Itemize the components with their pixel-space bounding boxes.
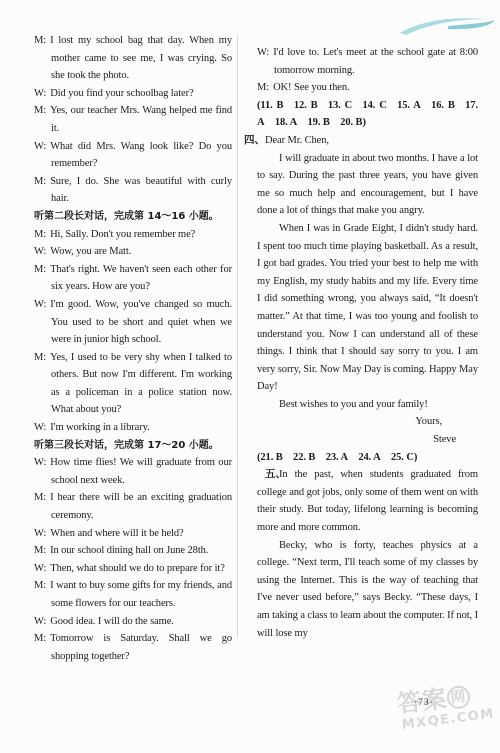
letter-paragraph: I will graduate in about two months. I h… [257, 150, 478, 220]
dialogue-line: M:Tomorrow is Saturday. Shall we go shop… [34, 630, 232, 665]
dialogue-text: Yes, I used to be very shy when I talked… [50, 352, 232, 416]
dialogue-text: Sure, I do. She was beautiful with curly… [50, 176, 232, 205]
speaker-label: W: [257, 47, 269, 58]
dialogue-line: W:When and where will it be held? [34, 525, 232, 543]
letter-paragraph: When I was in Grade Eight, I didn't stud… [257, 220, 478, 396]
dialogue-text: I lost my school bag that day. When my m… [50, 35, 232, 81]
speaker-label: M: [34, 352, 46, 363]
dialogue-line: W:Good idea. I will do the same. [34, 613, 232, 631]
answer-key-21-25: (21. B 22. B 23. A 24. A 25. C) [257, 449, 478, 467]
speaker-label: W: [34, 299, 46, 310]
dialogue-line: M:Sure, I do. She was beautiful with cur… [34, 173, 232, 208]
speaker-label: M: [34, 229, 46, 240]
dialogue-line: M:In our school dining hall on June 28th… [34, 542, 232, 560]
right-column: W:I'd love to. Let's meet at the school … [257, 44, 478, 642]
dialogue-line: W:I'm working in a library. [34, 419, 232, 437]
speaker-label: M: [34, 105, 46, 116]
speaker-label: W: [34, 457, 46, 468]
dialogue-line: W:What did Mrs. Wang look like? Do you r… [34, 138, 232, 173]
dialogue-text: I want to buy some gifts for my friends,… [50, 580, 232, 609]
dialogue-line: W:How time flies! We will graduate from … [34, 454, 232, 489]
speaker-label: M: [34, 176, 46, 187]
dialogue-line: W:Then, what should we do to prepare for… [34, 560, 232, 578]
speaker-label: M: [34, 35, 46, 46]
listening-section-header: 听第二段长对话，完成第 14～16 小题。 [34, 208, 232, 226]
letter-closing: Best wishes to you and your family! [257, 396, 478, 414]
dialogue-line: M:I want to buy some gifts for my friend… [34, 577, 232, 612]
dialogue-text: What did Mrs. Wang look like? Do you rem… [50, 141, 232, 170]
dialogue-line: M:OK! See you then. [257, 79, 478, 97]
dialogue-text: That's right. We haven't seen each other… [50, 264, 232, 293]
letter-signoff: Yours, [257, 413, 478, 431]
speaker-label: M: [257, 82, 269, 93]
dialogue-line: W:I'm good. Wow, you've changed so much.… [34, 296, 232, 349]
speaker-label: M: [34, 264, 46, 275]
dialogue-line: W:Wow, you are Matt. [34, 243, 232, 261]
speaker-label: W: [34, 141, 46, 152]
dialogue-text: Then, what should we do to prepare for i… [50, 563, 225, 574]
answer-key-11-20: (11. B 12. B 13. C 14. C 15. A 16. B 17.… [257, 97, 478, 132]
left-column: M:I lost my school bag that day. When my… [34, 32, 232, 665]
book-page: M:I lost my school bag that day. When my… [0, 0, 500, 753]
swoosh-decoration-icon [398, 12, 498, 38]
paragraph-text: In the past, when students graduated fro… [257, 469, 478, 533]
letter-salutation: 四、Dear Mr. Chen, [244, 132, 478, 150]
listening-section-header: 听第三段长对话，完成第 17～20 小题。 [34, 437, 232, 455]
salutation-text: Dear Mr. Chen, [265, 135, 329, 146]
dialogue-text: Yes, our teacher Mrs. Wang helped me fin… [50, 105, 232, 134]
dialogue-line: M:That's right. We haven't seen each oth… [34, 261, 232, 296]
dialogue-text: In our school dining hall on June 28th. [50, 545, 208, 556]
swoosh-shape [398, 12, 498, 38]
section-marker-5: 五、 [243, 466, 286, 484]
column-divider [237, 36, 238, 638]
dialogue-text: I'm good. Wow, you've changed so much. Y… [50, 299, 232, 345]
section-marker-4: 四、 [244, 134, 265, 146]
dialogue-line: M:Yes, our teacher Mrs. Wang helped me f… [34, 102, 232, 137]
dialogue-text: I'm working in a library. [50, 422, 149, 433]
dialogue-text: I'd love to. Let's meet at the school ga… [273, 47, 478, 76]
reading-paragraph: 五、In the past, when students graduated f… [257, 466, 478, 536]
watermark: 答案网 MXQE.COM [396, 680, 500, 732]
reading-paragraph: Becky, who is forty, teaches physics at … [257, 537, 478, 643]
speaker-label: W: [34, 528, 46, 539]
dialogue-line: M:Hi, Sally. Don't you remember me? [34, 226, 232, 244]
dialogue-text: Tomorrow is Saturday. Shall we go shoppi… [50, 633, 232, 662]
speaker-label: M: [34, 545, 46, 556]
speaker-label: W: [34, 246, 46, 257]
dialogue-text: Wow, you are Matt. [50, 246, 131, 257]
page-number: ·73· [414, 695, 434, 713]
dialogue-line: M:I hear there will be an exciting gradu… [34, 489, 232, 524]
speaker-label: W: [34, 422, 46, 433]
dialogue-line: M:Yes, I used to be very shy when I talk… [34, 349, 232, 419]
speaker-label: M: [34, 633, 46, 644]
dialogue-text: How time flies! We will graduate from ou… [50, 457, 232, 486]
speaker-label: W: [34, 563, 46, 574]
speaker-label: M: [34, 580, 46, 591]
dialogue-text: I hear there will be an exciting graduat… [50, 492, 232, 521]
dialogue-line: W:I'd love to. Let's meet at the school … [257, 44, 478, 79]
dialogue-line: W:Did you find your schoolbag later? [34, 85, 232, 103]
watermark-badge-icon: 网 [446, 684, 472, 710]
dialogue-line: M:I lost my school bag that day. When my… [34, 32, 232, 85]
page-footer: 答案网 MXQE.COM ·73· [398, 686, 500, 748]
dialogue-text: OK! See you then. [273, 82, 349, 93]
letter-signature: Steve [257, 431, 478, 449]
dialogue-text: Hi, Sally. Don't you remember me? [50, 229, 195, 240]
speaker-label: W: [34, 88, 46, 99]
speaker-label: M: [34, 492, 46, 503]
speaker-label: W: [34, 616, 46, 627]
dialogue-text: When and where will it be held? [50, 528, 183, 539]
dialogue-text: Did you find your schoolbag later? [50, 88, 193, 99]
dialogue-text: Good idea. I will do the same. [50, 616, 174, 627]
